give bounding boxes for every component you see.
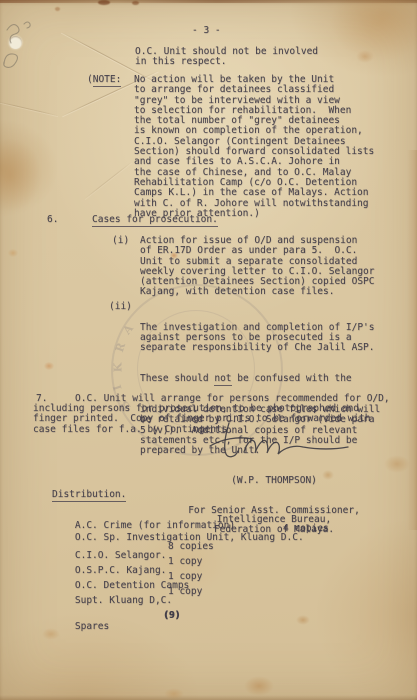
archive-stamp-letter: K [111,363,124,373]
paper-stain [0,138,42,212]
paper-stain [8,249,18,257]
note-label: (NOTE: [87,75,121,85]
distribution-row: O.C. Sp. Investigation Unit, Kluang D.C.… [52,523,392,535]
para6-number: 6. [47,215,58,225]
paper-stain [244,676,274,696]
item-i-body: Action for issue of O/D and suspension o… [140,236,375,298]
archive-stamp-letter: A [121,322,137,337]
archive-stamp-letter: I [111,383,125,392]
para7-body: including persons for prosecution, to be… [33,404,370,435]
paper-top-edge-stain [0,0,417,3]
archive-stamp-letter: R [113,341,128,354]
note-body: No action will be taken by the Unit to a… [134,75,374,219]
paper-stain [164,688,184,700]
paper-crease [0,101,58,116]
recipient: Supt. Kluang D,C. [75,595,172,606]
paper-stain [356,50,374,63]
page-number: - 3 - [192,26,221,36]
copies-count: 1 copy [168,572,202,582]
note-open-paren: ( [87,74,93,85]
copies-count: 4 copies [283,524,329,534]
paper-stain [330,0,417,62]
paper-stain [55,7,60,11]
para5-continuation: O.C. Unit should not be involved in this… [135,47,318,68]
paper-stain [44,362,54,370]
underlined-word: not [214,373,231,386]
item-ii-body: The investigation and completion of I/P'… [140,302,380,477]
distribution-heading: Distribution. [52,490,126,500]
distribution-row: Supt. Kluang D,C. 1 copy [52,586,392,598]
copies-count: 1 copy [168,587,202,597]
distribution-row: O.C. Detention Camps 1 copy [52,571,392,583]
distribution-row: C.I.O. Selangor. 8 copies [52,541,392,553]
distribution-row: O.S.P.C. Kajang. 1 copy [52,556,392,568]
note-label-text: NOTE: [93,74,122,87]
item-ii-underline-line: These should not be confused with the [140,374,380,384]
paper-stain [132,1,139,5]
copies-count: 8 copies [168,542,214,552]
copies-count: 1 copy [168,557,202,567]
paper-stain [98,0,110,5]
item-ii-lines-before: The investigation and completion of I/P'… [140,323,380,354]
item-ii-marker: (ii) [109,302,132,312]
document-page: A R K I B - 3 - O.C. Unit should not be … [0,0,417,700]
distribution-row: A.C. Crime (for information) [52,511,392,523]
paper-crease [84,162,132,200]
recipient: Spares [75,621,109,632]
paper-stain [407,150,417,530]
pencil-scribble [0,16,46,86]
spares-count: (9) [163,611,180,621]
para6-heading: Cases for prosecution. [92,215,218,225]
paper-bottom-edge-shadow [0,695,417,700]
hole-punch [9,36,22,49]
distribution-row: Spares (9) [52,612,392,624]
signatory-name: (W.P. THOMPSON) [158,476,390,486]
item-i-marker: (i) [112,236,129,246]
